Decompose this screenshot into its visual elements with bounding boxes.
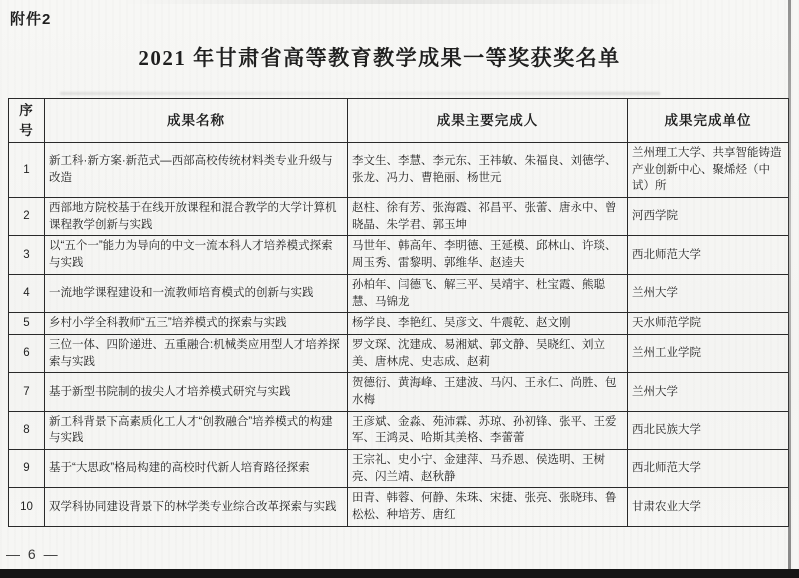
cell-achievement-name: 乡村小学全科教师“五三”培养模式的探索与实践	[45, 313, 348, 335]
cell-achievement-name: 双学科协同建设背景下的林学类专业综合改革探索与实践	[45, 488, 348, 526]
scan-artifact	[120, 0, 680, 4]
cell-contributors: 王宗礼、史小宁、金建萍、马乔恩、侯选明、王树亮、闪兰靖、赵秋静	[348, 449, 628, 487]
cell-contributors: 王彦斌、金淼、苑沛霖、苏琼、孙初锋、张平、王爱军、王鸿灵、哈斯其美格、李蕾蕾	[348, 411, 628, 449]
cell-achievement-name: 新工科背景下高素质化工人才“创教融合”培养模式的构建与实践	[45, 411, 348, 449]
table-row: 1 新工科·新方案·新范式—西部高校传统材料类专业升级与改造 李文生、李慧、李元…	[9, 143, 789, 198]
cell-completing-unit: 西北师范大学	[628, 236, 789, 274]
cell-serial-number: 8	[9, 411, 45, 449]
column-header-contributors: 成果主要完成人	[348, 99, 628, 143]
cell-contributors: 赵柱、徐有芳、张海霞、祁昌平、张蕾、唐永中、曾晓晶、朱学君、郭玉坤	[348, 198, 628, 236]
cell-completing-unit: 河西学院	[628, 198, 789, 236]
cell-achievement-name: 基于新型书院制的拔尖人才培养模式研究与实践	[45, 373, 348, 411]
cell-contributors: 马世年、韩高年、李明德、王延模、邱林山、许琰、周玉秀、雷黎明、郭维华、赵逵夫	[348, 236, 628, 274]
cell-completing-unit: 兰州理工大学、共享智能铸造产业创新中心、聚烯烃（中试）所	[628, 143, 789, 198]
cell-serial-number: 5	[9, 313, 45, 335]
cell-serial-number: 3	[9, 236, 45, 274]
awards-table-header: 序号 成果名称 成果主要完成人 成果完成单位	[9, 99, 789, 143]
table-row: 10 双学科协同建设背景下的林学类专业综合改革探索与实践 田青、韩蓉、何静、朱珠…	[9, 488, 789, 526]
cell-serial-number: 10	[9, 488, 45, 526]
cell-achievement-name: 三位一体、四阶递进、五重融合:机械类应用型人才培养探索与实践	[45, 334, 348, 372]
cell-serial-number: 9	[9, 449, 45, 487]
cell-contributors: 罗文琛、沈建成、易湘斌、郭文静、吴晓红、刘立美、唐林虎、史志成、赵莉	[348, 334, 628, 372]
cell-achievement-name: 基于“大思政”格局构建的高校时代新人培育路径探索	[45, 449, 348, 487]
cell-serial-number: 7	[9, 373, 45, 411]
header-row: 序号 成果名称 成果主要完成人 成果完成单位	[9, 99, 789, 143]
table-row: 2 西部地方院校基于在线开放课程和混合教学的大学计算机课程教学创新与实践 赵柱、…	[9, 198, 789, 236]
results-table-body: 1 新工科·新方案·新范式—西部高校传统材料类专业升级与改造 李文生、李慧、李元…	[9, 143, 789, 526]
awards-table: 序号 成果名称 成果主要完成人 成果完成单位 1 新工科·新方案·新范式—西部高…	[8, 98, 789, 527]
cell-completing-unit: 兰州大学	[628, 373, 789, 411]
cell-contributors: 田青、韩蓉、何静、朱珠、宋捷、张亮、张晓玮、鲁松松、种培芳、唐红	[348, 488, 628, 526]
cell-serial-number: 1	[9, 143, 45, 198]
cell-completing-unit: 西北民族大学	[628, 411, 789, 449]
cell-contributors: 孙柏年、闫德飞、解三平、吴靖宇、杜宝霞、熊聪慧、马锦龙	[348, 274, 628, 312]
cell-serial-number: 4	[9, 274, 45, 312]
page-title: 2021 年甘肃省高等教育教学成果一等奖获奖名单	[0, 42, 759, 72]
cell-achievement-name: 新工科·新方案·新范式—西部高校传统材料类专业升级与改造	[45, 143, 348, 198]
cell-completing-unit: 西北师范大学	[628, 449, 789, 487]
cell-achievement-name: 以“五个一”能力为导向的中文一流本科人才培养模式探索与实践	[45, 236, 348, 274]
table-row: 5 乡村小学全科教师“五三”培养模式的探索与实践 杨学良、李艳红、吴彦文、牛震乾…	[9, 313, 789, 335]
cell-completing-unit: 兰州大学	[628, 274, 789, 312]
cell-serial-number: 6	[9, 334, 45, 372]
cell-contributors: 李文生、李慧、李元东、王祎敏、朱福良、刘德学、张龙、冯力、曹艳丽、杨世元	[348, 143, 628, 198]
cell-achievement-name: 一流地学课程建设和一流教师培育模式的创新与实践	[45, 274, 348, 312]
column-header-achievement: 成果名称	[45, 99, 348, 143]
scan-edge-bottom	[0, 569, 799, 578]
column-header-serial: 序号	[9, 99, 45, 143]
scan-artifact	[60, 92, 660, 95]
cell-contributors: 贺德衍、黄海峰、王建波、马闪、王永仁、尚胜、包水梅	[348, 373, 628, 411]
table-row: 4 一流地学课程建设和一流教师培育模式的创新与实践 孙柏年、闫德飞、解三平、吴靖…	[9, 274, 789, 312]
column-header-unit: 成果完成单位	[628, 99, 789, 143]
table-row: 8 新工科背景下高素质化工人才“创教融合”培养模式的构建与实践 王彦斌、金淼、苑…	[9, 411, 789, 449]
cell-contributors: 杨学良、李艳红、吴彦文、牛震乾、赵文刚	[348, 313, 628, 335]
attachment-label: 附件2	[10, 8, 51, 29]
cell-serial-number: 2	[9, 198, 45, 236]
scan-edge-right	[788, 0, 791, 578]
cell-completing-unit: 甘肃农业大学	[628, 488, 789, 526]
table-row: 3 以“五个一”能力为导向的中文一流本科人才培养模式探索与实践 马世年、韩高年、…	[9, 236, 789, 274]
page-number: — 6 —	[6, 546, 60, 562]
cell-completing-unit: 兰州工业学院	[628, 334, 789, 372]
cell-completing-unit: 天水师范学院	[628, 313, 789, 335]
table-row: 7 基于新型书院制的拔尖人才培养模式研究与实践 贺德衍、黄海峰、王建波、马闪、王…	[9, 373, 789, 411]
table-row: 9 基于“大思政”格局构建的高校时代新人培育路径探索 王宗礼、史小宁、金建萍、马…	[9, 449, 789, 487]
cell-achievement-name: 西部地方院校基于在线开放课程和混合教学的大学计算机课程教学创新与实践	[45, 198, 348, 236]
table-row: 6 三位一体、四阶递进、五重融合:机械类应用型人才培养探索与实践 罗文琛、沈建成…	[9, 334, 789, 372]
